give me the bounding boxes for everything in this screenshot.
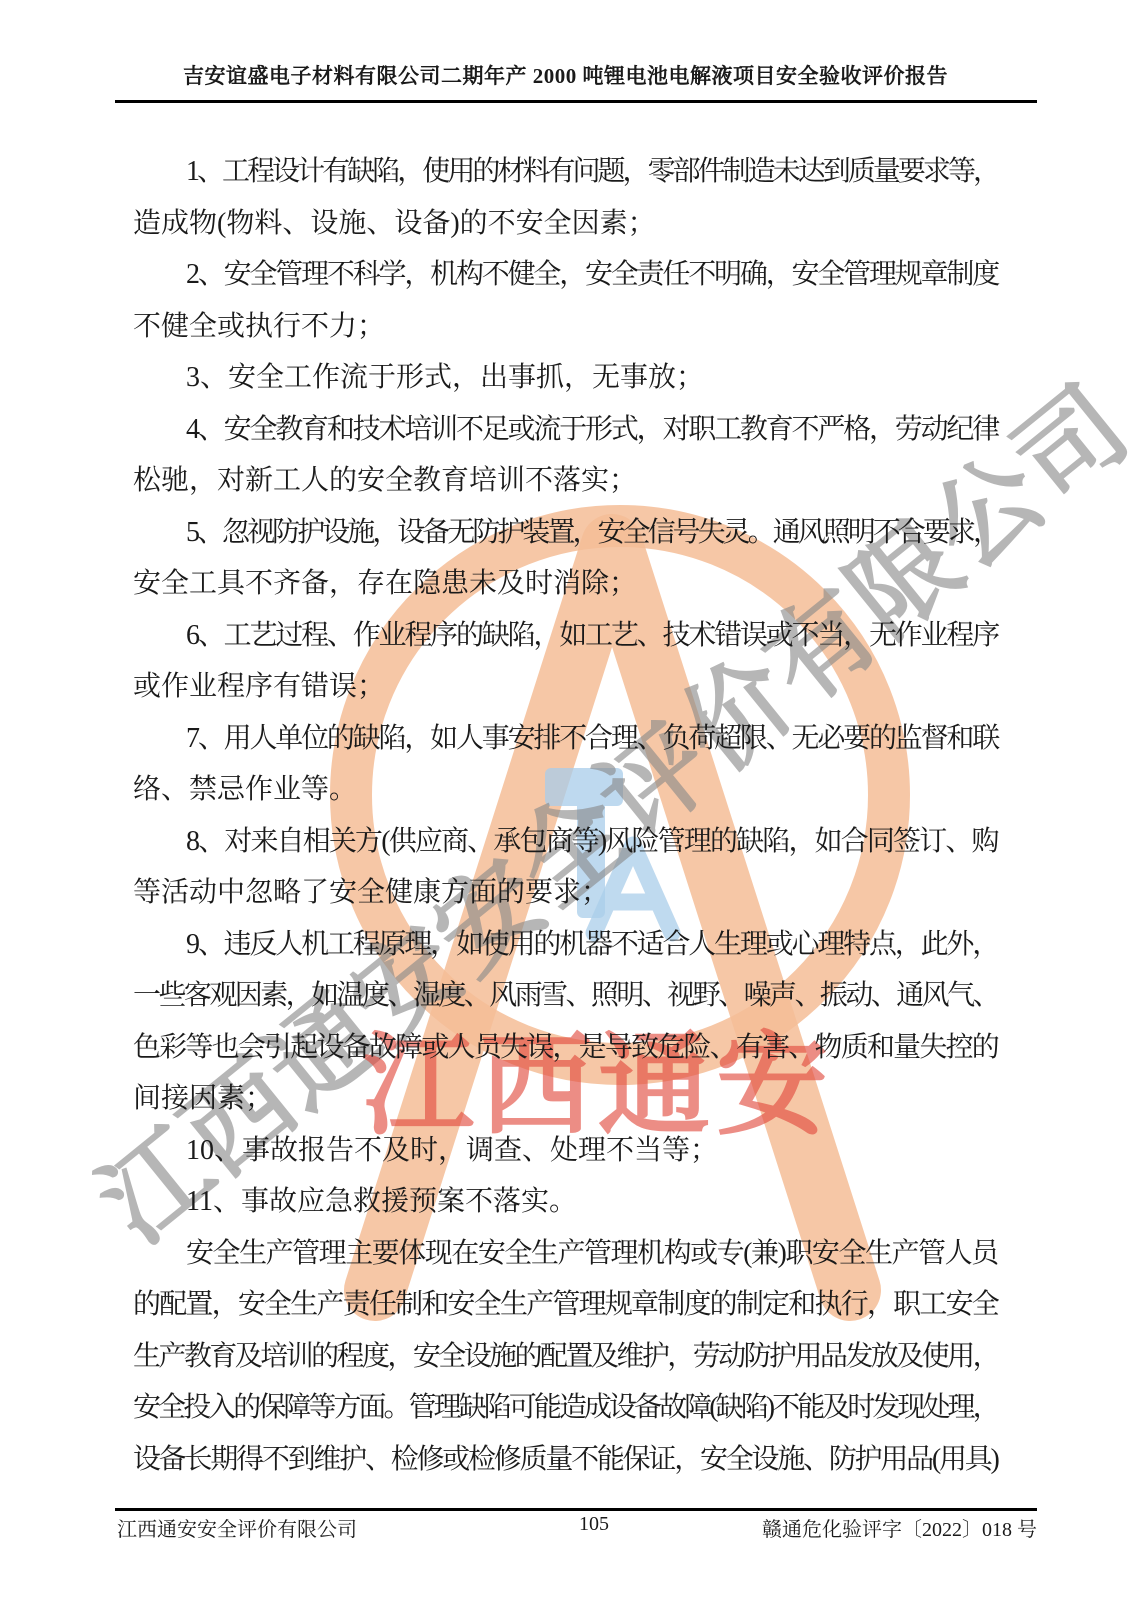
body-line: 生产教育及培训的程度，安全设施的配置及维护，劳动防护用品发放及使用， bbox=[133, 1331, 998, 1383]
footer-company: 江西通安安全评价有限公司 bbox=[117, 1513, 357, 1542]
body-line: 7、用人单位的缺陷，如人事安排不合理、负荷超限、无必要的监督和联 bbox=[133, 713, 998, 765]
body-line: 色彩等也会引起设备故障或人员失误，是导致危险、有害、物质和量失控的 bbox=[133, 1022, 998, 1074]
body-line: 安全生产管理主要体现在安全生产管理机构或专(兼)职安全生产管人员 bbox=[133, 1228, 998, 1280]
body-line: 安全投入的保障等方面。管理缺陷可能造成设备故障(缺陷)不能及时发现处理， bbox=[133, 1382, 998, 1434]
body-line: 或作业程序有错误； bbox=[133, 661, 998, 713]
body-line: 10、事故报告不及时，调查、处理不当等； bbox=[133, 1125, 998, 1177]
body-line: 8、对来自相关方(供应商、承包商等)风险管理的缺陷，如合同签订、购 bbox=[133, 816, 998, 868]
body-line: 安全工具不齐备，存在隐患未及时消除； bbox=[133, 558, 998, 610]
page-number: 105 bbox=[579, 1513, 609, 1536]
body-line: 的配置，安全生产责任制和安全生产管理规章制度的制定和执行，职工安全 bbox=[133, 1279, 998, 1331]
body-line: 6、工艺过程、作业程序的缺陷，如工艺、技术错误或不当，无作业程序 bbox=[133, 610, 998, 662]
page-header-title: 吉安谊盛电子材料有限公司二期年产 2000 吨锂电池电解液项目安全验收评价报告 bbox=[0, 60, 1131, 90]
body-line: 不健全或执行不力； bbox=[133, 301, 998, 353]
body-line: 松驰，对新工人的安全教育培训不落实； bbox=[133, 455, 998, 507]
footer-doc-number: 赣通危化验评字〔2022〕018 号 bbox=[762, 1513, 1037, 1542]
body-line: 3、安全工作流于形式，出事抓，无事放； bbox=[133, 352, 998, 404]
body-line: 1、工程设计有缺陷，使用的材料有问题，零部件制造未达到质量要求等， bbox=[133, 146, 998, 198]
report-page: 江西通安安全评价有限公司 江西通安 吉安谊盛电子材料有限公司二期年产 2000 … bbox=[0, 0, 1131, 1600]
header-rule bbox=[115, 100, 1037, 103]
body-line: 络、禁忌作业等。 bbox=[133, 764, 998, 816]
body-line: 间接因素； bbox=[133, 1073, 998, 1125]
body-line: 4、安全教育和技术培训不足或流于形式，对职工教育不严格，劳动纪律 bbox=[133, 404, 998, 456]
body-line: 一些客观因素，如温度、湿度、风雨雪、照明、视野、噪声、振动、通风气、 bbox=[133, 970, 998, 1022]
body-line: 11、事故应急救援预案不落实。 bbox=[133, 1176, 998, 1228]
body-line: 造成物(物料、设施、设备)的不安全因素； bbox=[133, 198, 998, 250]
body-text: 1、工程设计有缺陷，使用的材料有问题，零部件制造未达到质量要求等，造成物(物料、… bbox=[133, 146, 998, 1485]
page-footer: 江西通安安全评价有限公司 105 赣通危化验评字〔2022〕018 号 bbox=[115, 1513, 1037, 1541]
body-line: 5、忽视防护设施，设备无防护装置，安全信号失灵。通风照明不合要求， bbox=[133, 507, 998, 559]
body-line: 2、安全管理不科学，机构不健全，安全责任不明确，安全管理规章制度 bbox=[133, 249, 998, 301]
footer-rule bbox=[115, 1508, 1037, 1511]
body-line: 设备长期得不到维护、检修或检修质量不能保证，安全设施、防护用品(用具) bbox=[133, 1434, 998, 1486]
body-line: 9、违反人机工程原理，如使用的机器不适合人生理或心理特点，此外， bbox=[133, 919, 998, 971]
body-line: 等活动中忽略了安全健康方面的要求； bbox=[133, 867, 998, 919]
